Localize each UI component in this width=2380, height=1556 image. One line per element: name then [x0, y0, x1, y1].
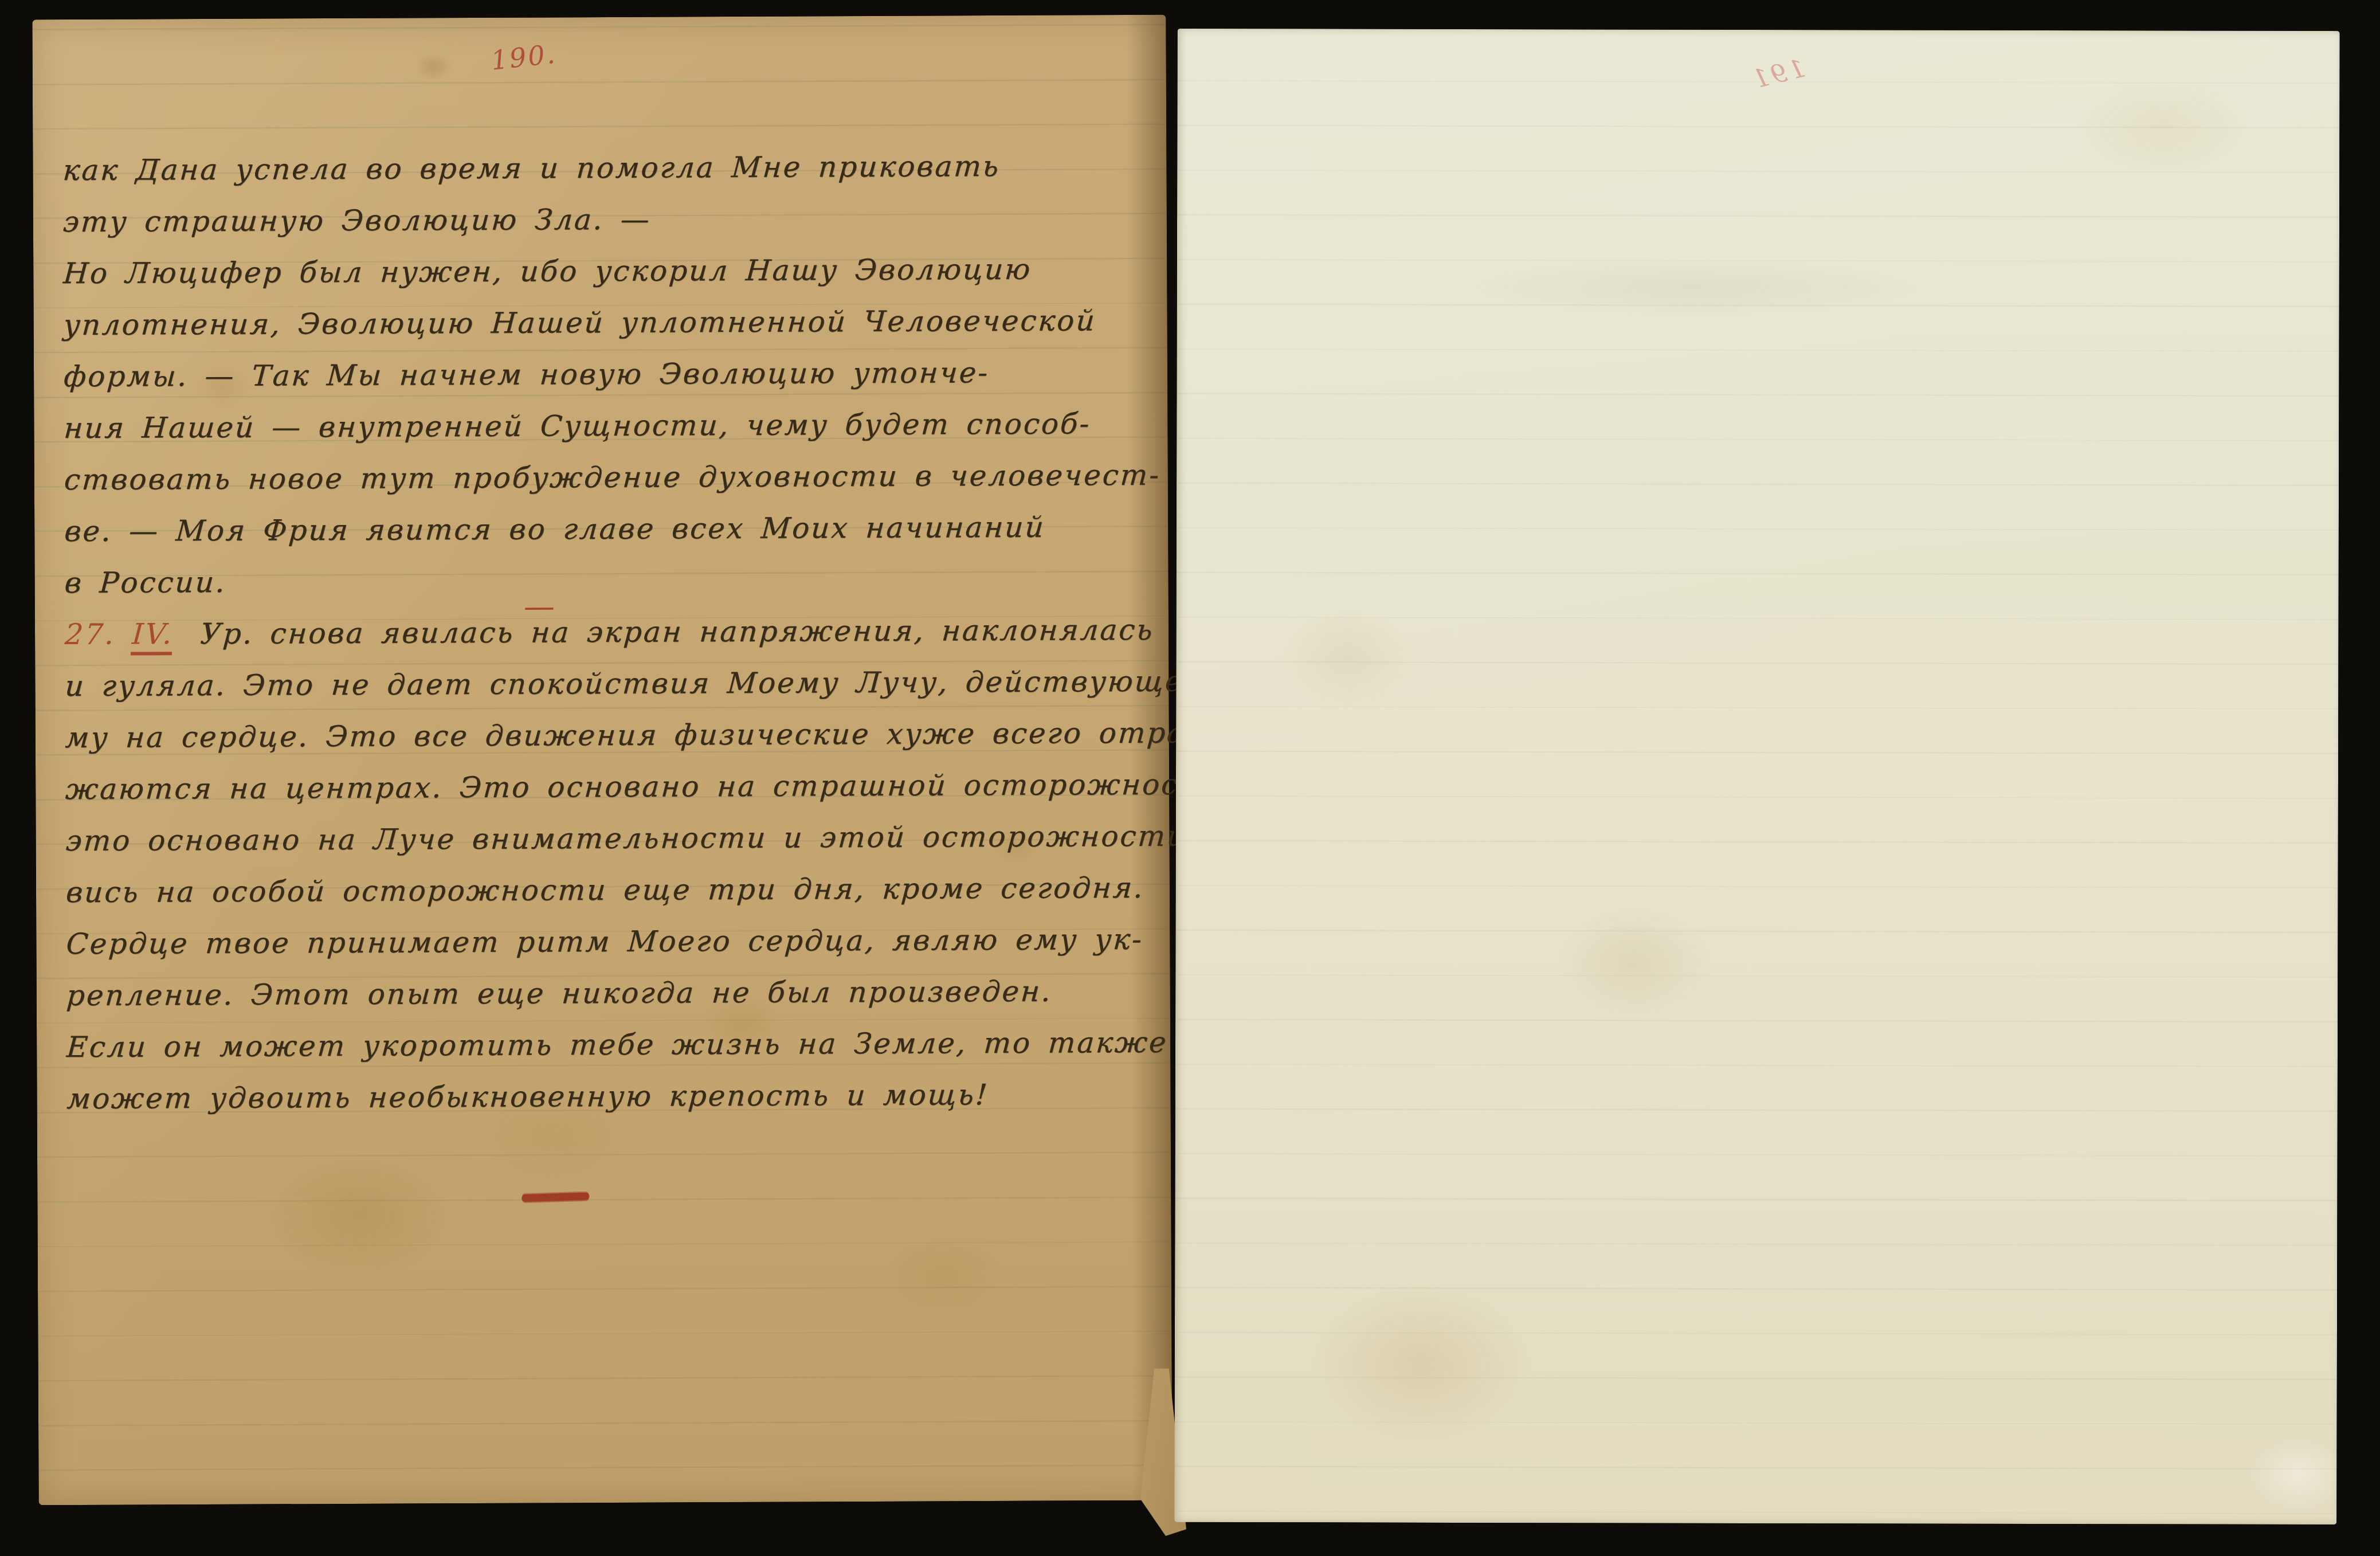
handwriting-line-text: Ур. снова явилась на экран напряжения, н…: [199, 613, 1155, 650]
entry-date-month: IV.: [131, 617, 174, 655]
handwriting-line: вись на особой осторожности еще три дня,…: [64, 871, 1152, 927]
handwriting-line: ния Нашей — внутренней Сущности, чему бу…: [62, 407, 1151, 463]
handwriting-line: жаются на центрах. Это основано на страш…: [63, 768, 1152, 824]
handwriting-line: в России.: [62, 562, 1151, 618]
entry-date-day: 27.: [64, 618, 116, 651]
handwriting-line: это основано на Луче внимательности и эт…: [64, 820, 1152, 876]
handwriting-line: и гуляла. Это не дает спокойствия Моему …: [63, 665, 1152, 721]
left-notebook-page: 190. как Дана успела во время и помогла …: [32, 15, 1172, 1506]
handwriting-line: может удвоить необыкновенную крепость и …: [65, 1077, 1154, 1134]
handwriting-line: репление. Этот опыт еще никогда не был п…: [64, 974, 1153, 1030]
handwriting-line: как Дана успела во время и помогла Мне п…: [61, 149, 1150, 205]
paper-stains: [1174, 29, 2339, 1524]
handwriting-line: эту страшную Эволюцию Зла. —: [61, 201, 1150, 257]
handwriting-line: ве. — Моя Фрия явится во главе всех Моих…: [62, 510, 1151, 566]
handwriting-line: му на сердце. Это все движения физически…: [63, 716, 1152, 773]
handwriting-line: Если он может укоротить тебе жизнь на Зе…: [64, 1026, 1153, 1082]
red-section-dash: —: [524, 588, 555, 624]
handwriting-line: ствовать новое тут пробуждение духовност…: [62, 458, 1151, 515]
handwriting-line: Сердце твое принимает ритм Моего сердца,…: [64, 923, 1153, 979]
handwriting-line: формы. — Так Мы начнем новую Эволюцию ут…: [61, 355, 1150, 411]
handwriting-block: как Дана успела во время и помогла Мне п…: [60, 149, 1150, 1134]
handwriting-line-dated: 27. IV. Ур. снова явилась на экран напря…: [62, 613, 1151, 669]
handwriting-line: уплотнения, Эволюцию Нашей уплотненной Ч…: [61, 304, 1150, 360]
right-notebook-page: 191: [1174, 29, 2339, 1524]
manuscript-scan: 190. как Дана успела во время и помогла …: [0, 0, 2380, 1556]
handwriting-line: Но Люцифер был нужен, ибо ускорил Нашу Э…: [61, 252, 1150, 308]
